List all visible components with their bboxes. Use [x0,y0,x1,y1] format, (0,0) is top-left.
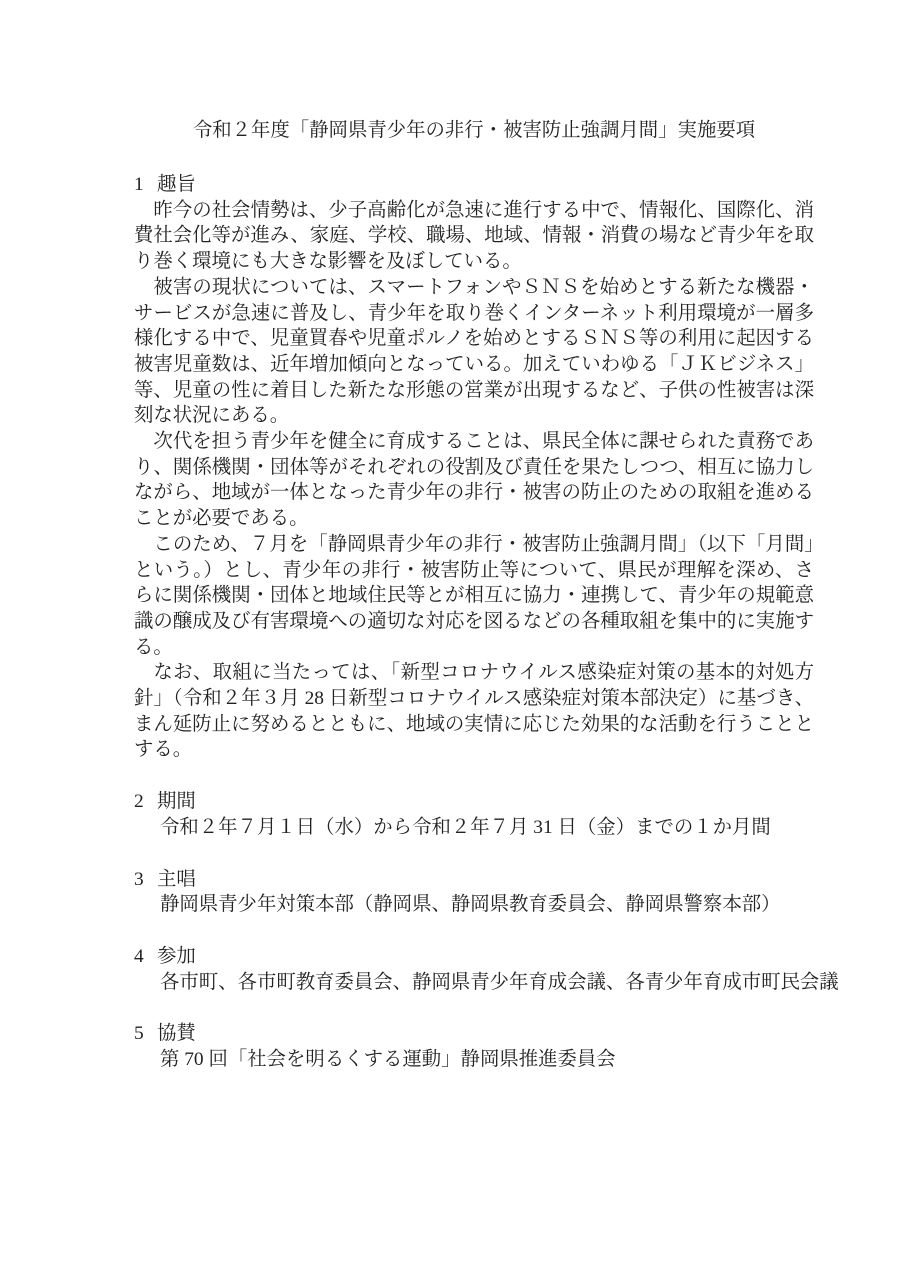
paragraph: 次代を担う青少年を健全に育成することは、県民全体に課せられた責務であり、関係機関… [134,429,814,532]
section-number: 5 [134,1021,157,1047]
paragraph: 第 70 回「社会を明るくする運動」静岡県推進委員会 [134,1047,814,1073]
section-number: 2 [134,789,157,815]
document-section: 5協賛 第 70 回「社会を明るくする運動」静岡県推進委員会 [134,1021,814,1072]
sections-container: 1趣旨 昨今の社会情勢は、少子高齢化が急速に進行する中で、情報化、国際化、消費社… [134,172,814,1073]
section-number: 3 [134,867,157,893]
section-title: 期間 [157,791,196,812]
section-number: 4 [134,944,157,970]
section-body: 各市町、各市町教育委員会、静岡県青少年育成会議、各青少年育成市町民会議 [134,970,814,996]
document-title: 令和２年度「静岡県青少年の非行・被害防止強調月間」実施要項 [134,118,814,144]
section-heading: 4参加 [134,944,814,970]
section-body: 第 70 回「社会を明るくする運動」静岡県推進委員会 [134,1047,814,1073]
section-body: 昨今の社会情勢は、少子高齢化が急速に進行する中で、情報化、国際化、消費社会化等が… [134,198,814,763]
section-title: 主唱 [157,869,196,890]
section-title: 協賛 [157,1023,196,1044]
section-body: 令和２年７月１日（水）から令和２年７月 31 日（金）までの１か月間 [134,815,814,841]
section-body: 静岡県青少年対策本部（静岡県、静岡県教育委員会、静岡県警察本部） [134,892,814,918]
section-heading: 1趣旨 [134,172,814,198]
section-title: 趣旨 [157,174,196,195]
section-heading: 3主唱 [134,867,814,893]
section-title: 参加 [157,946,196,967]
paragraph: 被害の現状については、スマートフォンやＳＮＳを始めとする新たな機器・サービスが急… [134,275,814,429]
paragraph: 静岡県青少年対策本部（静岡県、静岡県教育委員会、静岡県警察本部） [134,892,814,918]
document-section: 1趣旨 昨今の社会情勢は、少子高齢化が急速に進行する中で、情報化、国際化、消費社… [134,172,814,763]
document-section: 3主唱 静岡県青少年対策本部（静岡県、静岡県教育委員会、静岡県警察本部） [134,867,814,918]
section-heading: 2期間 [134,789,814,815]
paragraph: このため、７月を「静岡県青少年の非行・被害防止強調月間」（以下「月間」という。）… [134,532,814,661]
paragraph: 昨今の社会情勢は、少子高齢化が急速に進行する中で、情報化、国際化、消費社会化等が… [134,198,814,275]
section-heading: 5協賛 [134,1021,814,1047]
paragraph: 各市町、各市町教育委員会、静岡県青少年育成会議、各青少年育成市町民会議 [134,970,814,996]
document-page: 令和２年度「静岡県青少年の非行・被害防止強調月間」実施要項 1趣旨 昨今の社会情… [0,0,905,1280]
paragraph: なお、取組に当たっては、「新型コロナウイルス感染症対策の基本的対処方針」（令和２… [134,660,814,763]
paragraph: 令和２年７月１日（水）から令和２年７月 31 日（金）までの１か月間 [134,815,814,841]
document-section: 4参加 各市町、各市町教育委員会、静岡県青少年育成会議、各青少年育成市町民会議 [134,944,814,995]
section-number: 1 [134,172,157,198]
document-section: 2期間 令和２年７月１日（水）から令和２年７月 31 日（金）までの１か月間 [134,789,814,840]
